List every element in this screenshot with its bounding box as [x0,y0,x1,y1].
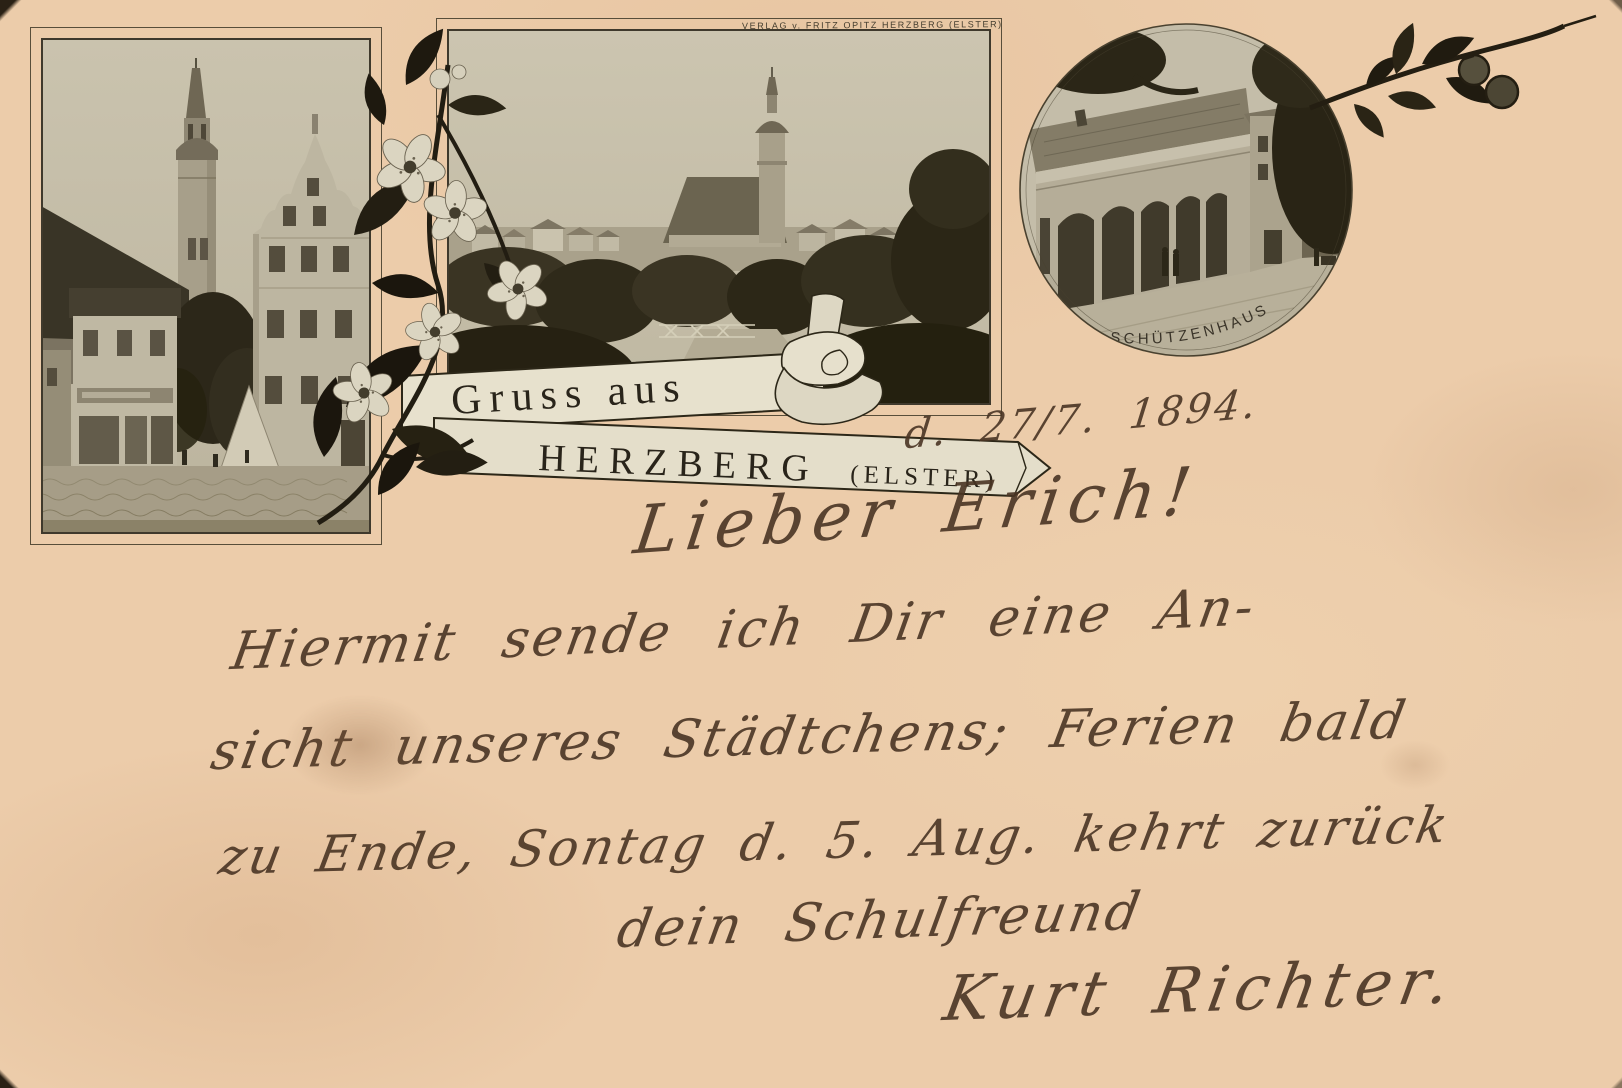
publisher-line: VERLAG v. FRITZ OPITZ HERZBERG (ELSTER) [742,19,1012,31]
ribbon-curl [775,294,882,425]
rose-hip-berry [1486,76,1518,108]
blossom-decoration [288,25,568,535]
flower-leaves [301,25,525,498]
message-line-1: Hiermit sende ich Dir eine An- [227,577,1261,682]
corner-shadow [0,0,26,26]
handwritten-signature: Kurt Richter. [939,944,1463,1035]
postcard: VERLAG v. FRITZ OPITZ HERZBERG (ELSTER) [0,0,1622,1088]
corner-shadow [0,1064,24,1088]
leaf-branch-decoration [1296,8,1616,178]
corner-shadow [1606,1072,1622,1088]
shop-house [69,288,181,468]
message-line-3: zu Ende, Sontag d. 5. Aug. kehrt zurück [215,796,1456,887]
message-line-4: dein Schulfreund [613,882,1148,961]
message-line-2: sicht unseres Städtchens; Ferien bald [206,691,1412,783]
